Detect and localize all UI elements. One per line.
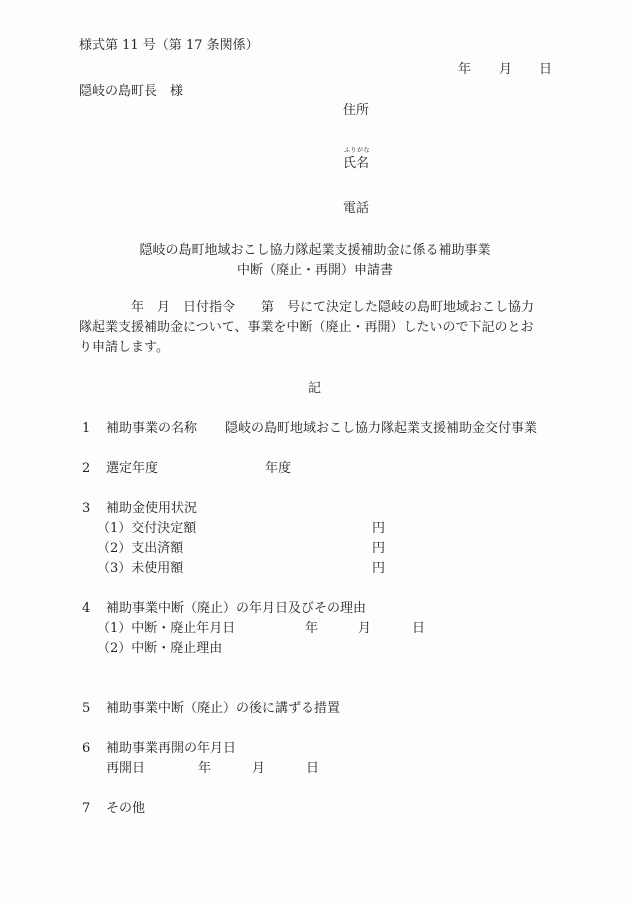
item1-value: 隠岐の島町地域おこし協力隊起業支援補助金交付事業 — [225, 419, 537, 439]
item5-label: 補助事業中断（廃止）の後に講ずる措置 — [106, 699, 340, 719]
addressee: 隠岐の島町長 様 — [79, 82, 183, 102]
item5-number: 5 — [82, 699, 90, 719]
phone-label: 電話 — [343, 199, 369, 219]
item2-number: 2 — [82, 459, 90, 479]
body-text-line3: り申請します。 — [79, 338, 169, 358]
item2-value: 年度 — [265, 459, 291, 479]
item3-label: 補助金使用状況 — [106, 499, 197, 519]
item7-label: その他 — [106, 799, 145, 819]
item4-sub1-label: （1）中断・廃止年月日 — [97, 619, 235, 639]
item6-sub-year: 年 — [198, 759, 211, 779]
item1-number: 1 — [82, 419, 90, 439]
document-title-line1: 隠岐の島町地域おこし協力隊起業支援補助金に係る補助事業 — [0, 241, 630, 261]
item3-sub2-unit: 円 — [372, 539, 385, 559]
item6-sub-month: 月 — [252, 759, 265, 779]
ki-heading: 記 — [308, 379, 321, 399]
body-text-line1: 年 月 日付指令 第 号にて決定した隠岐の島町地域おこし協力 — [131, 298, 534, 318]
item4-label: 補助事業中断（廃止）の年月日及びその理由 — [106, 599, 366, 619]
document-title-line2: 中断（廃止・再開）申請書 — [0, 261, 630, 281]
item2-label: 選定年度 — [106, 459, 158, 479]
item4-sub1-day: 日 — [412, 619, 425, 639]
item3-sub2-label: （2）支出済額 — [97, 539, 183, 559]
item6-label: 補助事業再開の年月日 — [106, 739, 236, 759]
name-label: 氏名 — [343, 154, 369, 174]
item6-sub-label: 再開日 — [106, 759, 145, 779]
item3-sub1-label: （1）交付決定額 — [97, 519, 196, 539]
item3-sub1-unit: 円 — [372, 519, 385, 539]
item4-sub1-month: 月 — [358, 619, 371, 639]
item1-label: 補助事業の名称 — [106, 419, 197, 439]
item3-sub3-unit: 円 — [372, 559, 385, 579]
item3-number: 3 — [82, 499, 90, 519]
address-label: 住所 — [343, 101, 369, 121]
item4-number: 4 — [82, 599, 90, 619]
item6-number: 6 — [82, 739, 90, 759]
item7-number: 7 — [82, 799, 90, 819]
form-number: 様式第 11 号（第 17 条関係） — [79, 36, 259, 56]
date-day-label: 日 — [539, 60, 552, 80]
date-month-label: 月 — [499, 60, 512, 80]
item4-sub1-year: 年 — [305, 619, 318, 639]
item6-sub-day: 日 — [306, 759, 319, 779]
date-year-label: 年 — [458, 60, 471, 80]
item3-sub3-label: （3）未使用額 — [97, 559, 183, 579]
item4-sub2-label: （2）中断・廃止理由 — [97, 639, 222, 659]
body-text-line2: 隊起業支援補助金について、事業を中断（廃止・再開）したいので下記のとお — [79, 318, 533, 338]
